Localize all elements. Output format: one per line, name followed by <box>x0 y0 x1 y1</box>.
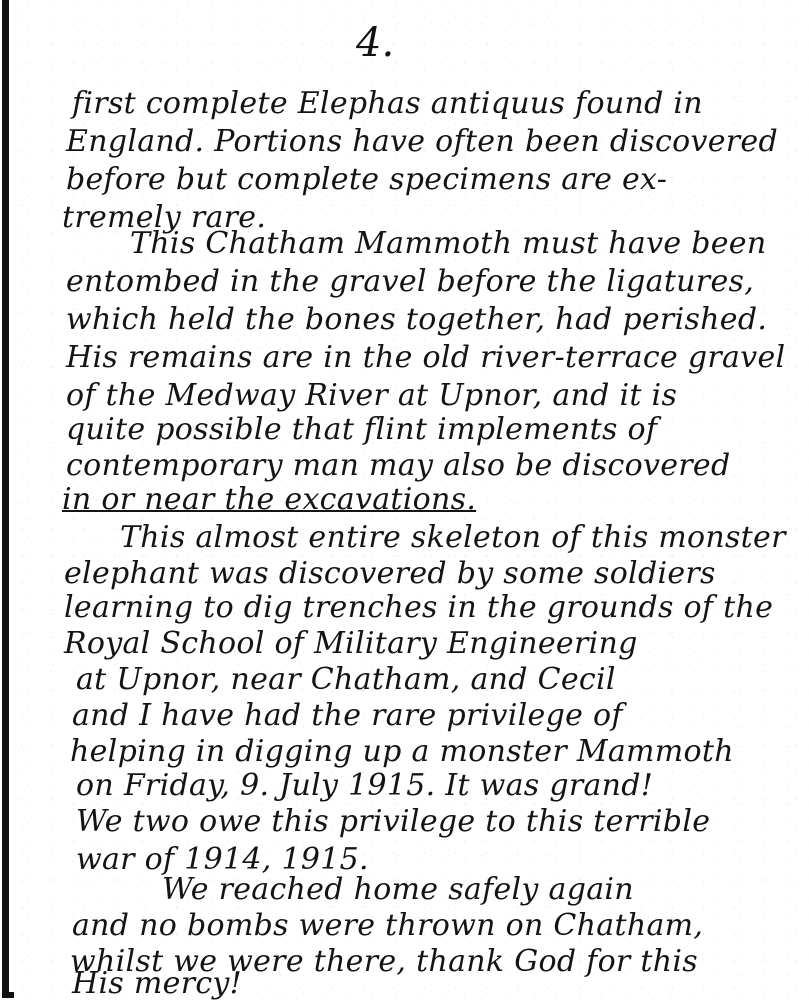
text-line: before but complete specimens are ex- <box>66 162 667 197</box>
text-line: learning to dig trenches in the grounds … <box>64 590 773 625</box>
text-line: We two owe this privilege to this terrib… <box>76 804 710 839</box>
text-line: contemporary man may also be discovered <box>66 448 731 483</box>
text-line: in or near the excavations. <box>62 482 476 517</box>
text-line: Royal School of Military Engineering <box>64 626 638 661</box>
text-line: which held the bones together, had peris… <box>66 302 767 337</box>
handwritten-text: first complete Elephas antiquus found in… <box>0 0 809 1000</box>
text-line: We reached home safely again <box>162 872 634 907</box>
text-line: quite possible that flint implements of <box>66 412 657 447</box>
text-line: This almost entire skeleton of this mons… <box>120 520 786 555</box>
text-line: of the Medway River at Upnor, and it is <box>66 378 677 413</box>
text-line: entombed in the gravel before the ligatu… <box>66 264 754 299</box>
text-line: at Upnor, near Chatham, and Cecil <box>76 662 616 697</box>
text-line: His remains are in the old river-terrace… <box>66 340 785 375</box>
text-line: and I have had the rare privilege of <box>72 698 623 733</box>
manuscript-page: 4. first complete Elephas antiquus found… <box>0 0 809 1000</box>
text-line: His mercy! <box>72 966 242 1000</box>
text-line: England. Portions have often been discov… <box>66 124 778 159</box>
text-line: first complete Elephas antiquus found in <box>72 86 703 121</box>
text-line: elephant was discovered by some soldiers <box>64 556 716 591</box>
text-line: helping in digging up a monster Mammoth <box>70 734 734 769</box>
text-line: This Chatham Mammoth must have been <box>130 226 766 261</box>
text-line: and no bombs were thrown on Chatham, <box>72 908 703 943</box>
text-line: on Friday, 9. July 1915. It was grand! <box>76 768 653 803</box>
